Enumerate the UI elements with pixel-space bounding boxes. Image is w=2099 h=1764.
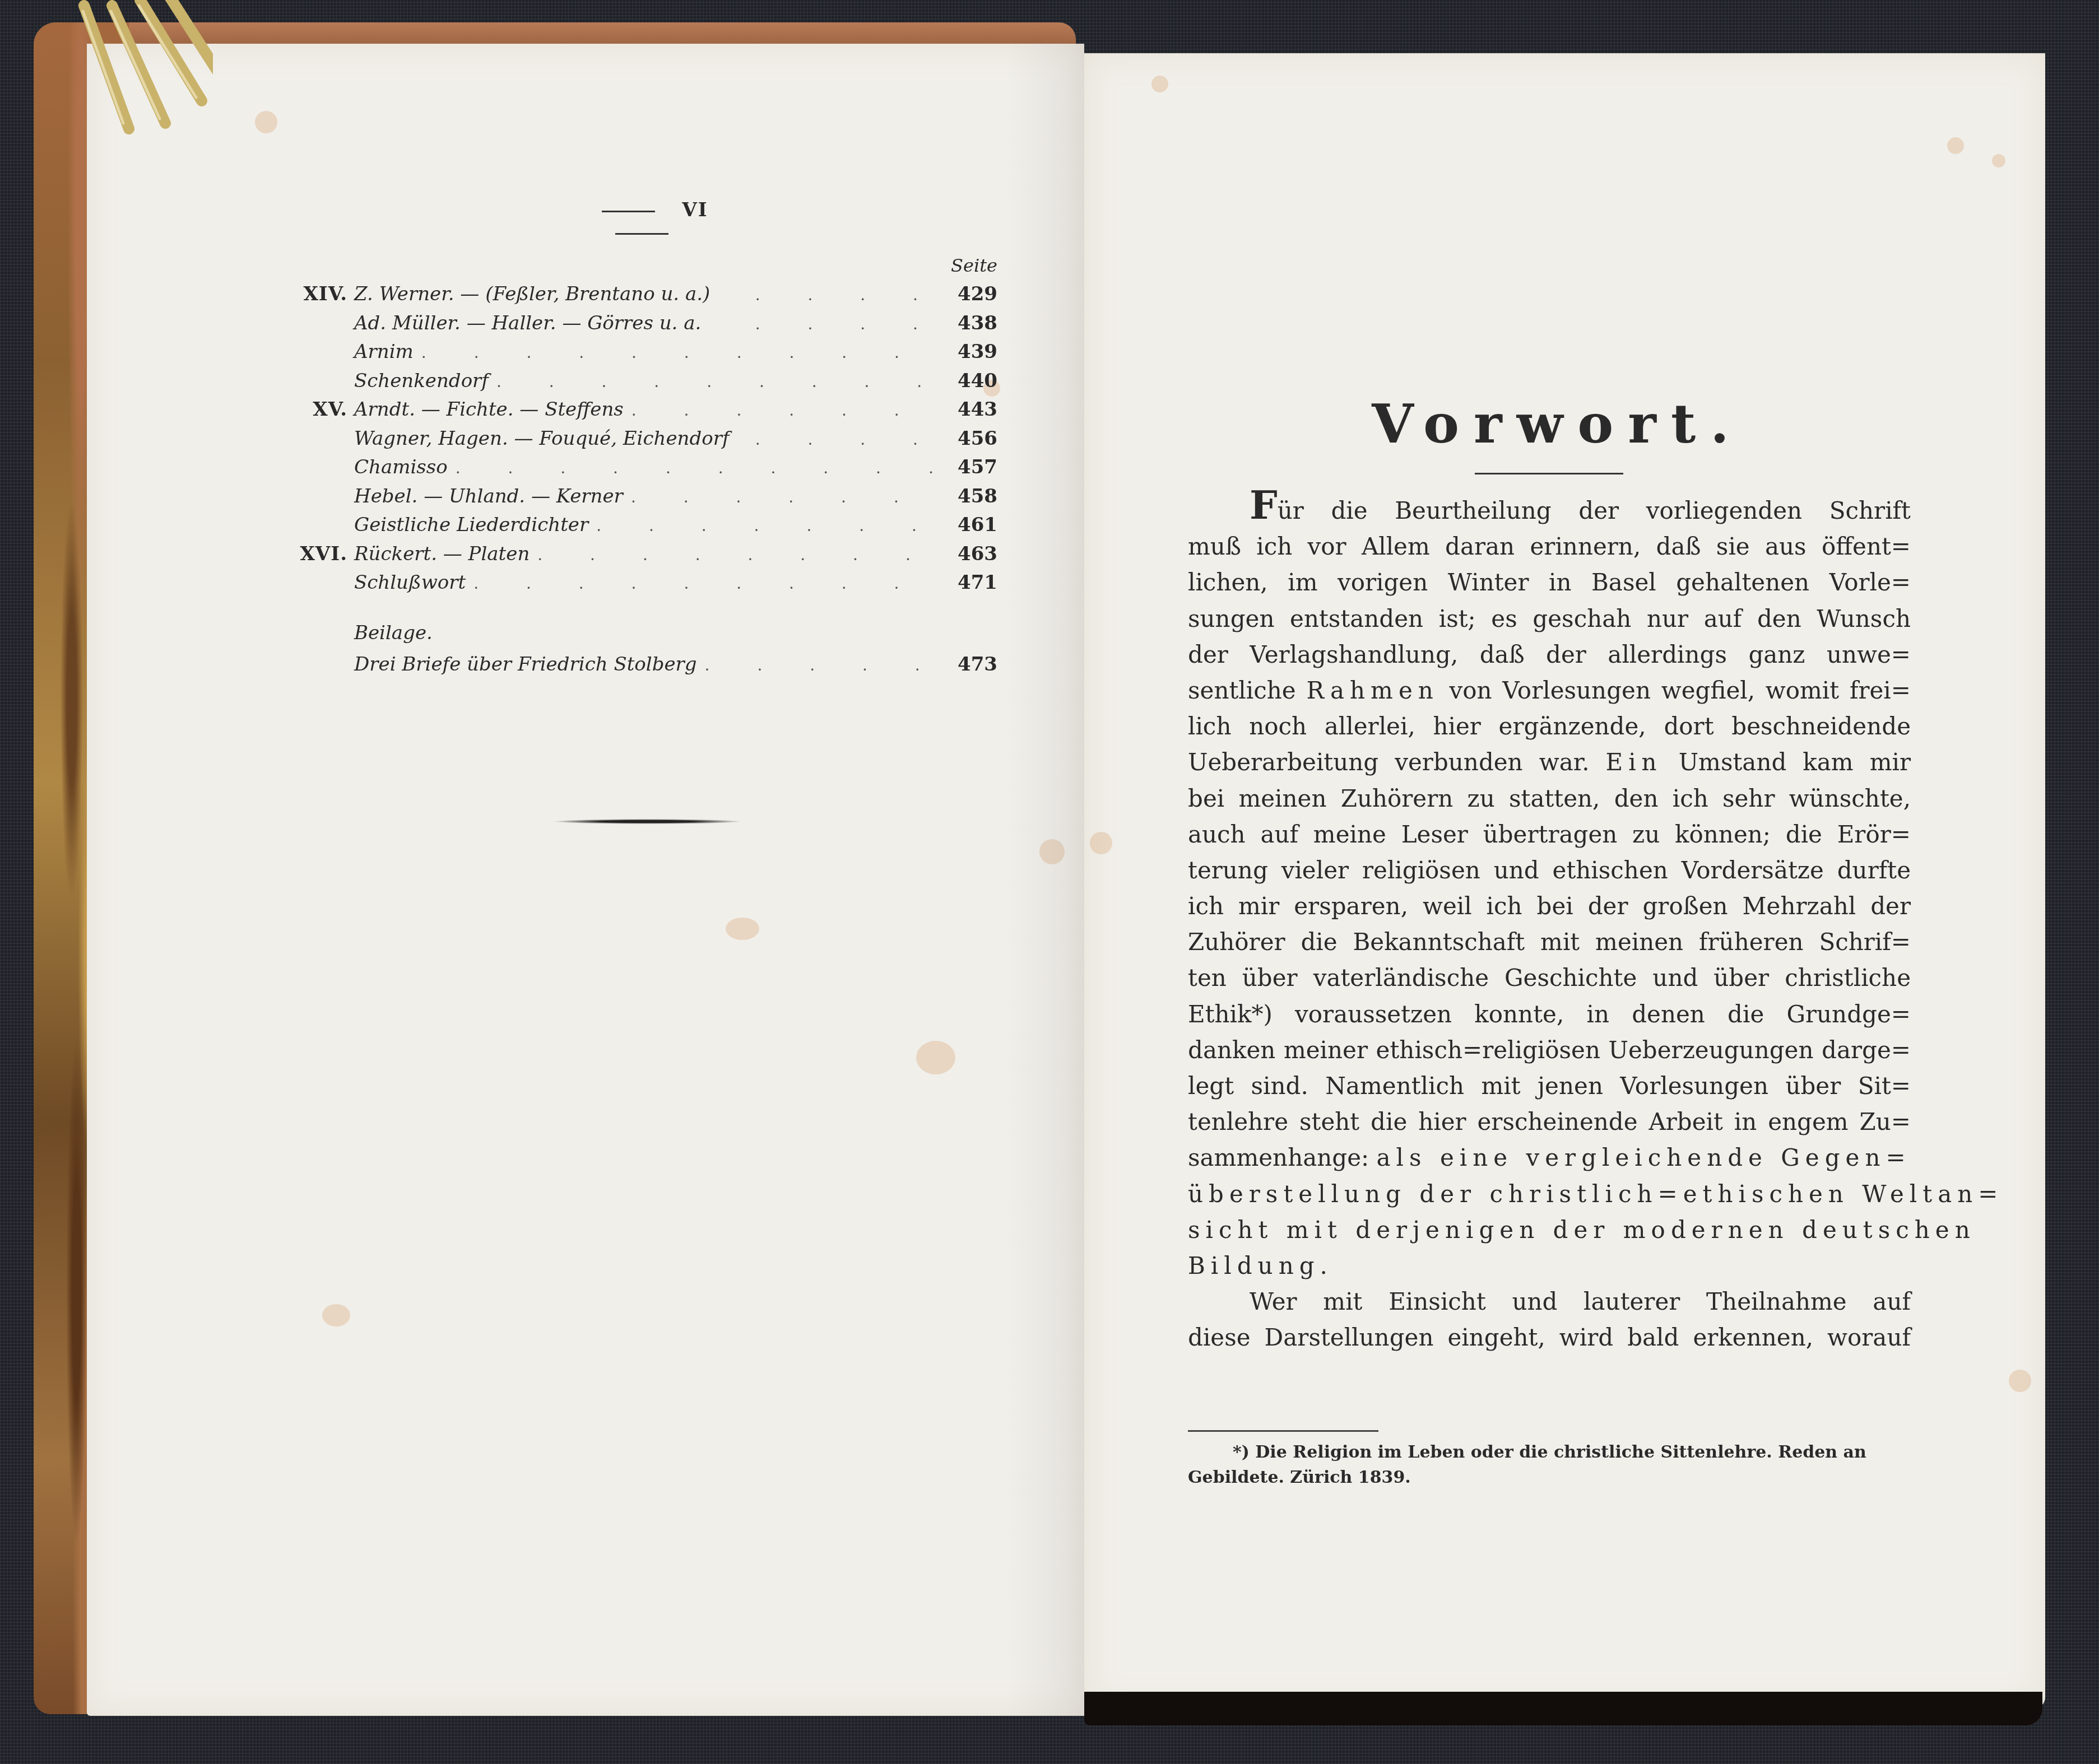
text-line: Ethik*) voraussetzen konnte, in denen di… — [1188, 997, 1911, 1032]
leader-dots: . . . . . . . . . . — [448, 459, 947, 477]
foxing-stain — [1090, 832, 1112, 854]
drop-cap: F — [1250, 482, 1278, 528]
emphasized-text: Rahmen — [1306, 677, 1438, 704]
leader-dots: . . . . — [710, 286, 947, 304]
toc-entry: Geistliche Liederdichter . . . . . . . .… — [291, 514, 997, 543]
text-line: Bildung. — [1188, 1248, 1911, 1284]
text-span: sammenhange: — [1188, 1144, 1377, 1171]
leader-dots: . . . . — [730, 430, 947, 449]
appendix-heading: Beilage. — [291, 622, 997, 653]
chapter-number: XV. — [291, 398, 354, 421]
toc-page-number: 463 — [947, 543, 997, 565]
leader-dots: . . . . . . . . . — [530, 546, 947, 564]
toc-entry-title: Schlußwort — [354, 571, 466, 594]
text-line: sammenhange: als eine vergleichende Gege… — [1188, 1140, 1911, 1176]
toc-page-number: 473 — [947, 653, 997, 676]
toc-entry-title: Schenkendorf — [354, 370, 489, 392]
text-line: bei meinen Zuhörern zu statten, den ich … — [1188, 781, 1911, 817]
toc-entry: Wagner, Hagen. — Fouqué, Eichendorf . . … — [291, 427, 997, 457]
emphasized-text: Ein — [1606, 748, 1663, 776]
preface-body: Für die Beurtheilung der vorliegenden Sc… — [1188, 493, 1911, 1356]
foxing-stain — [322, 1304, 350, 1327]
text-line: danken meiner ethisch=religiösen Ueberze… — [1188, 1032, 1911, 1068]
toc-entry: Schenkendorf . . . . . . . . . . 440 — [291, 370, 997, 399]
ornamental-end-rule — [552, 819, 742, 824]
toc-entry-appendix: Drei Briefe über Friedrich Stolberg . . … — [291, 653, 997, 682]
text-span: Ueberarbeitung verbunden war. — [1188, 748, 1606, 776]
foxing-stain — [916, 1041, 955, 1074]
leader-dots: . . . . . . . . . . — [489, 373, 947, 391]
text-line: lichen, im vorigen Winter in Basel gehal… — [1188, 565, 1911, 601]
foxing-stain — [1992, 154, 2005, 167]
footnote: *) Die Religion im Leben oder die christ… — [1188, 1440, 1911, 1490]
emphasized-text: als eine vergleichende Gegen= — [1377, 1144, 1911, 1171]
toc-entry-title: Z. Werner. — (Feßler, Brentano u. a.) — [354, 283, 710, 305]
toc-page-number: 429 — [947, 283, 997, 305]
leader-dots: . . . . — [701, 315, 947, 333]
text-span: Umstand kam mir — [1663, 748, 1911, 776]
toc-entry: XV. Arndt. — Fichte. — Steffens . . . . … — [291, 398, 997, 427]
text-line: lich noch allerlei, hier ergänzende, dor… — [1188, 709, 1911, 744]
footnote-line: Gebildete. Zürich 1839. — [1188, 1465, 1911, 1490]
leader-dots: . . . . . . . . . . . — [414, 343, 947, 362]
toc-entry: Hebel. — Uhland. — Kerner . . . . . . . … — [291, 485, 997, 514]
leader-dots: . . . . . — [697, 656, 947, 674]
text-line: auch auf meine Leser übertragen zu könne… — [1188, 817, 1911, 853]
leader-dots: . . . . . . . — [623, 488, 947, 506]
foxing-stain — [1039, 839, 1065, 864]
chapter-title: Vorwort. — [1194, 392, 1922, 455]
text-line: Ueberarbeitung verbunden war. Ein Umstan… — [1188, 744, 1911, 780]
toc-entry-title: Arndt. — Fichte. — Steffens — [354, 398, 624, 421]
text-line: tenlehre steht die hier erscheinende Arb… — [1188, 1104, 1911, 1140]
toc-entry-title: Arnim — [354, 341, 414, 363]
text-line: terung vieler religiösen und ethischen V… — [1188, 853, 1911, 888]
text-line: Wer mit Einsicht und lauterer Theilnahme… — [1188, 1284, 1911, 1320]
toc-page-number: 438 — [947, 312, 997, 334]
foxing-stain — [1947, 137, 1964, 154]
foxing-stain — [1151, 76, 1168, 92]
running-head: VI — [524, 199, 759, 244]
text-span: sentliche — [1188, 677, 1306, 704]
toc-page-number: 440 — [947, 370, 997, 392]
footnote-rule — [1188, 1430, 1378, 1432]
toc-entry: XVI. Rückert. — Platen . . . . . . . . .… — [291, 543, 997, 572]
text-line: überstellung der christlich=ethischen We… — [1188, 1176, 1911, 1212]
text-span: von Vorlesungen wegfiel, womit frei= — [1439, 677, 1911, 704]
chapter-number: XVI. — [291, 543, 354, 565]
page-shadow — [1084, 1692, 2042, 1725]
head-rule-right — [615, 233, 668, 235]
toc-entry: XIV. Z. Werner. — (Feßler, Brentano u. a… — [291, 283, 997, 312]
text-span: ür die Beurtheilung der vorliegenden Sch… — [1278, 497, 1911, 524]
text-line: sentliche Rahmen von Vorlesungen wegfiel… — [1188, 673, 1911, 709]
text-line: legt sind. Namentlich mit jenen Vorlesun… — [1188, 1068, 1911, 1104]
text-line: sicht mit derjenigen der modernen deutsc… — [1188, 1212, 1911, 1248]
toc-page-number: 443 — [947, 398, 997, 421]
leader-dots: . . . . . . . . . . — [466, 574, 947, 593]
toc-page-number: 456 — [947, 427, 997, 450]
leader-dots: . . . . . . . — [624, 401, 947, 420]
toc-page-number: 471 — [947, 571, 997, 594]
toc-entry-title: Hebel. — Uhland. — Kerner — [354, 485, 623, 508]
text-line: Zuhörer die Bekanntschaft mit meinen frü… — [1188, 924, 1911, 960]
brass-page-clip-icon — [34, 0, 213, 146]
chapter-number: XIV. — [291, 283, 354, 305]
text-line: sungen entstanden ist; es geschah nur au… — [1188, 601, 1911, 637]
leader-dots: . . . . . . . . — [588, 516, 947, 535]
text-line: Für die Beurtheilung der vorliegenden Sc… — [1188, 493, 1911, 529]
text-line: ten über vaterländische Geschichte und ü… — [1188, 960, 1911, 996]
toc-page-number: 457 — [947, 456, 997, 478]
toc-entry-title: Rückert. — Platen — [354, 543, 530, 565]
toc-entry-title: Chamisso — [354, 456, 448, 478]
toc-entry: Schlußwort . . . . . . . . . . 471 — [291, 571, 997, 601]
text-line: der Verlagshandlung, daß der allerdings … — [1188, 637, 1911, 673]
toc-entry-title: Drei Briefe über Friedrich Stolberg — [354, 653, 697, 676]
page-column-label: Seite — [291, 255, 997, 283]
foxing-stain — [726, 918, 759, 940]
text-line: diese Darstellungen eingeht, wird bald e… — [1188, 1320, 1911, 1356]
head-rule-left — [602, 211, 655, 212]
toc-entry: Chamisso . . . . . . . . . . 457 — [291, 456, 997, 485]
toc-entry: Ad. Müller. — Haller. — Görres u. a. . .… — [291, 312, 997, 341]
toc-page-number: 458 — [947, 485, 997, 508]
text-line: muß ich vor Allem daran erinnern, daß si… — [1188, 529, 1911, 565]
toc-entry: Arnim . . . . . . . . . . . 439 — [291, 341, 997, 370]
page-number-roman: VI — [682, 199, 708, 221]
title-rule — [1475, 473, 1623, 474]
toc-entry-title: Wagner, Hagen. — Fouqué, Eichendorf — [354, 427, 730, 450]
toc-page-number: 439 — [947, 341, 997, 363]
foxing-stain — [2009, 1370, 2031, 1392]
table-of-contents: Seite XIV. Z. Werner. — (Feßler, Brentan… — [291, 255, 997, 682]
footnote-line: *) Die Religion im Leben oder die christ… — [1188, 1440, 1911, 1465]
foxing-stain — [255, 111, 277, 133]
toc-entry-title: Geistliche Liederdichter — [354, 514, 588, 536]
toc-page-number: 461 — [947, 514, 997, 536]
text-line: ich mir ersparen, weil ich bei der große… — [1188, 888, 1911, 924]
toc-entry-title: Ad. Müller. — Haller. — Görres u. a. — [354, 312, 701, 334]
